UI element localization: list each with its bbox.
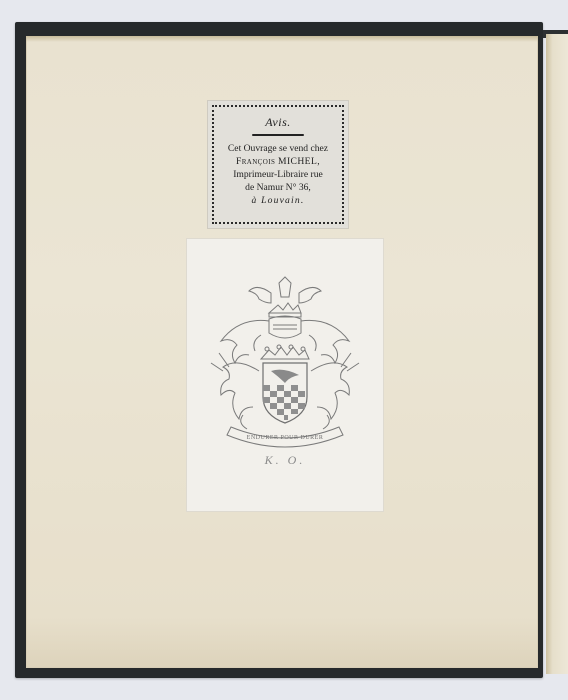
bookplate-motto: ENDURER POUR DURER [247,435,324,441]
armorial-bookplate: ENDURER POUR DURER K. O. [187,239,383,511]
facing-flyleaf-edge [546,34,568,674]
label-line: François MICHEL, [216,155,340,168]
bookseller-label: Avis. Cet Ouvrage se vend chez François … [208,101,348,228]
label-line: Imprimeur-Libraire rue [216,168,340,181]
label-rule [252,134,304,136]
label-line: à Louvain. [216,194,340,207]
label-line: Cet Ouvrage se vend chez [216,142,340,155]
coat-of-arms-icon: ENDURER POUR DURER [209,275,361,451]
label-heading: Avis. [216,115,340,130]
label-line: de Namur N° 36, [216,181,340,194]
bookplate-initials: K. O. [187,453,383,468]
